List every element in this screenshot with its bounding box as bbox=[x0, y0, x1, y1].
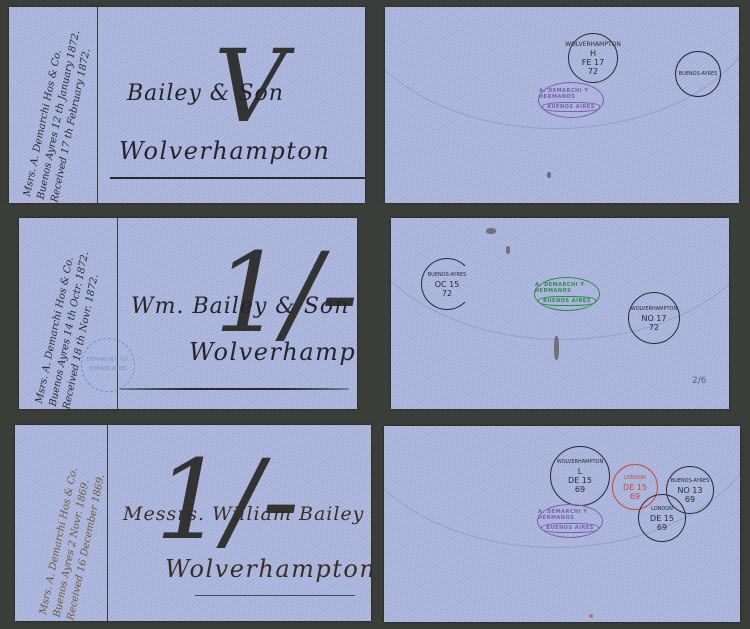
ink-stain bbox=[547, 172, 551, 178]
ink-stain bbox=[589, 614, 593, 618]
cover-2-addressee: Wm. Bailey & Son bbox=[131, 294, 349, 319]
cover-3-divider-line bbox=[107, 425, 108, 621]
cover-2-front: DEMARCHI & CO. BUENOS AIRES Msrs. A. Dem… bbox=[19, 218, 357, 409]
cover-2-back: BUENOS-AYRES OC 15 72 WOLVERHAMPTON NO 1… bbox=[391, 218, 729, 409]
demarchi-oval-seal: A. DEMARCHI Y HERMANOS BUENOS AIRES bbox=[537, 504, 603, 538]
cover-3-addressee: Messrs. William Bailey & Son bbox=[123, 503, 371, 525]
cover-2-rate-mark: 1/- bbox=[214, 238, 357, 348]
wolverhampton-postmark: WOLVERHAMPTON L DE 15 69 bbox=[550, 446, 610, 506]
wolverhampton-postmark: WOLVERHAMPTON H FE 17 72 bbox=[568, 33, 618, 83]
wolverhampton-postmark: WOLVERHAMPTON NO 17 72 bbox=[628, 292, 680, 344]
demarchi-oval-seal: A. DEMARCHI Y HERMANOS BUENOS AIRES bbox=[534, 277, 600, 311]
cover-3-back: WOLVERHAMPTON L DE 15 69 LONDON DE 15 69… bbox=[384, 426, 740, 622]
cover-1-back: WOLVERHAMPTON H FE 17 72 BUENOS-AYRES A.… bbox=[385, 7, 739, 203]
cover-3-city: Wolverhampton bbox=[165, 555, 371, 583]
cover-2-city: Wolverhampton bbox=[189, 338, 357, 366]
demarchi-oval-seal: A. DEMARCHI Y HERMANOS BUENOS AIRES bbox=[538, 82, 604, 118]
cover-1-front: Msrs. A. Demarchi Hos & Co. Buenos Ayres… bbox=[9, 7, 365, 203]
demarchi-blue-handstamp: DEMARCHI & CO. BUENOS AIRES bbox=[81, 338, 135, 392]
cover-1-underline bbox=[110, 177, 365, 179]
cover-1-addressee: Bailey & Son bbox=[127, 81, 284, 106]
buenos-ayres-postmark: BUENOS-AYRES NO 13 69 bbox=[666, 466, 714, 514]
buenos-ayres-postmark: BUENOS-AYRES OC 15 72 bbox=[421, 258, 473, 310]
ink-stain bbox=[554, 336, 559, 360]
ink-stain bbox=[486, 228, 496, 234]
cover-2-underline bbox=[119, 388, 349, 390]
pencil-price-note: 2/6 bbox=[692, 376, 706, 386]
buenos-ayres-postmark: BUENOS-AYRES bbox=[675, 51, 721, 97]
ink-stain bbox=[506, 246, 510, 254]
cover-1-city: Wolverhampton bbox=[119, 137, 330, 165]
cover-3-front: Msrs. A. Demarchi Hos & Co. Buenos Ayres… bbox=[15, 425, 371, 621]
cover-1-side-note: Msrs. A. Demarchi Hos & Co. Buenos Ayres… bbox=[21, 26, 98, 203]
cover-3-side-note: Msrs. A. Demarchi Hos & Co. Buenos Ayres… bbox=[37, 467, 109, 621]
cover-3-underline bbox=[195, 595, 355, 596]
cover-3-rate-mark: 1/- bbox=[155, 445, 299, 555]
